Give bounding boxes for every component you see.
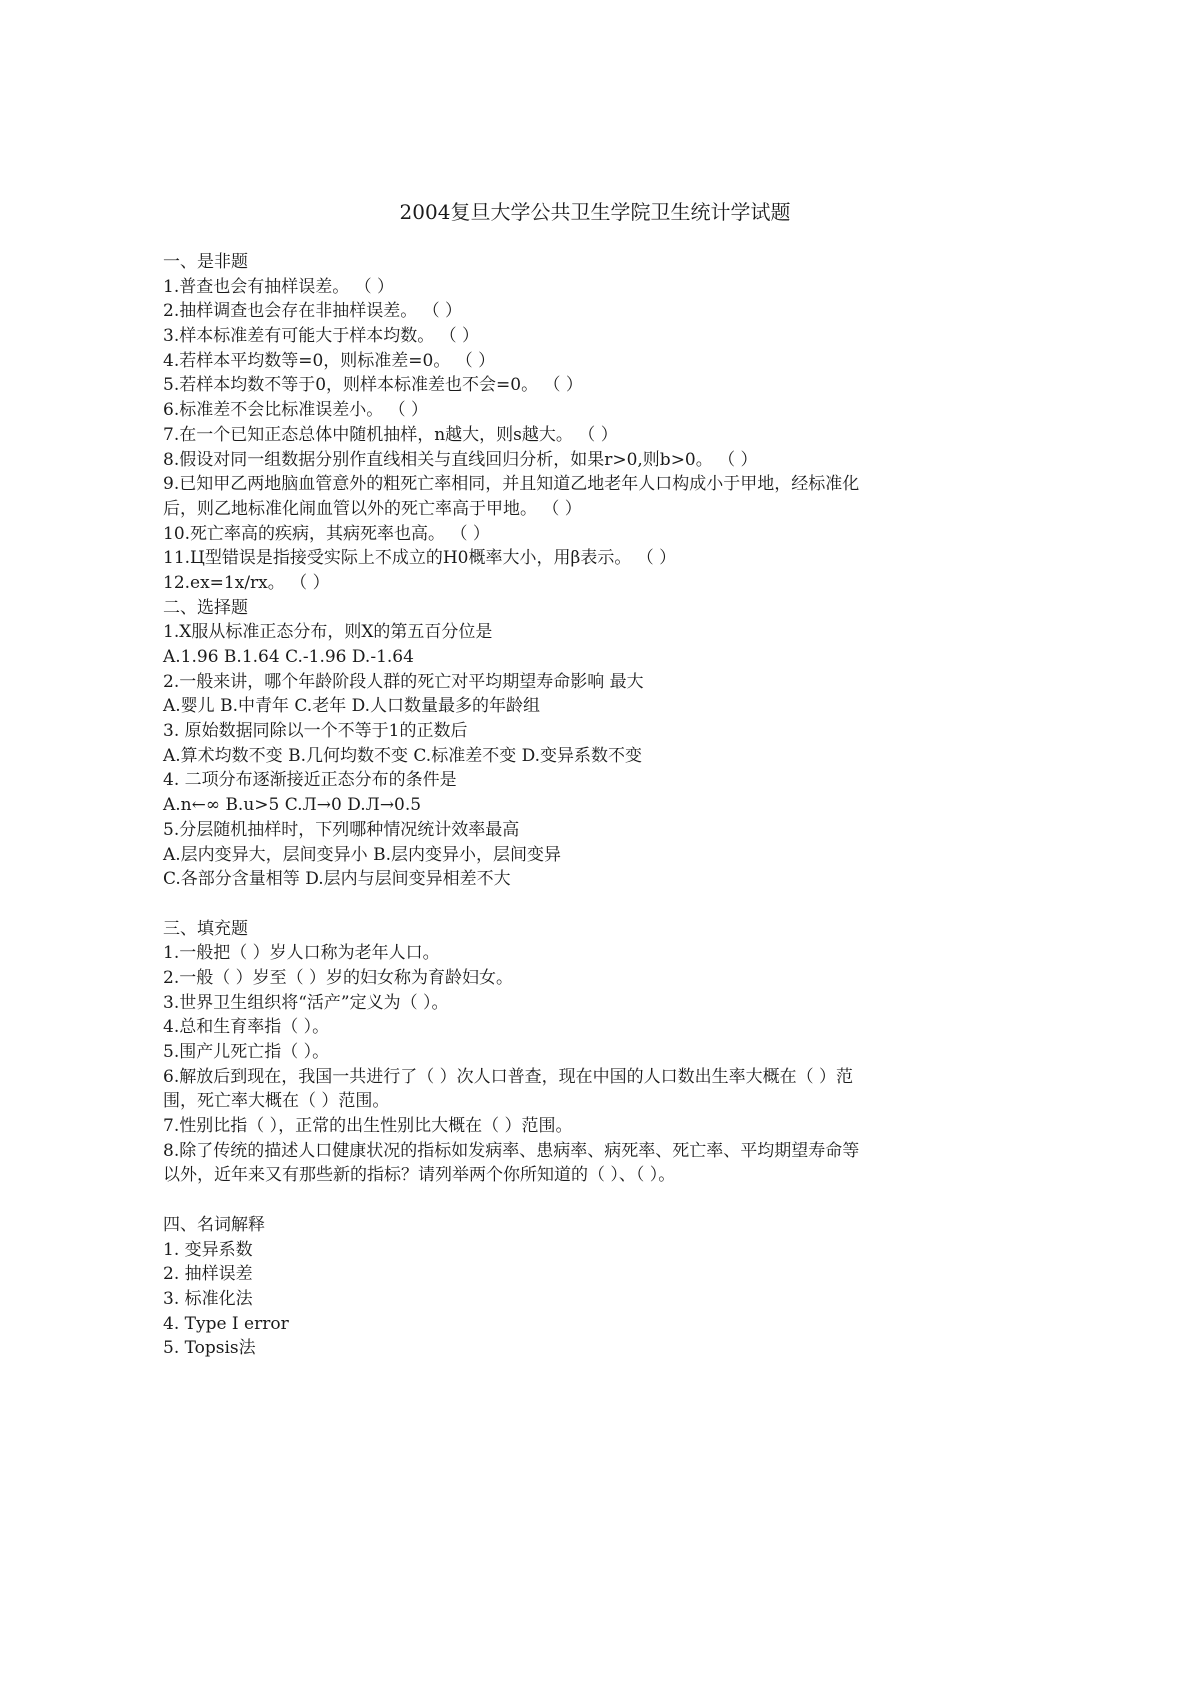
question-line: 1.普查也会有抽样误差。 （ ） (163, 275, 1023, 300)
question-line: 4.总和生育率指（ ）。 (163, 1015, 1023, 1040)
question-line: 2.一般（ ）岁至（ ）岁的妇女称为育龄妇女。 (163, 966, 1023, 991)
question-line: 8.假设对同一组数据分别作直线相关与直线回归分析，如果r>0,则b>0。 （ ） (163, 448, 1023, 473)
section-heading: 一、是非题 (163, 250, 1023, 275)
question-line: 以外，近年来又有那些新的指标？请列举两个你所知道的（ ）、（ ）。 (163, 1163, 1023, 1188)
section-definitions: 四、名词解释 1. 变异系数 2. 抽样误差 3. 标准化法 4. Type I… (163, 1213, 1023, 1361)
term-line: 2. 抽样误差 (163, 1262, 1023, 1287)
question-line: 7.性别比指（ ），正常的出生性别比大概在（ ）范围。 (163, 1114, 1023, 1139)
section-heading: 四、名词解释 (163, 1213, 1023, 1238)
question-line: 4.若样本平均数等=0，则标准差=0。 （ ） (163, 349, 1023, 374)
question-line: 7.在一个已知正态总体中随机抽样，n越大，则s越大。 （ ） (163, 423, 1023, 448)
section-fill-in: 三、填充题 1.一般把（ ）岁人口称为老年人口。 2.一般（ ）岁至（ ）岁的妇… (163, 917, 1023, 1189)
term-line: 4. Type I error (163, 1312, 1023, 1337)
term-line: 1. 变异系数 (163, 1238, 1023, 1263)
question-line: 围，死亡率大概在（ ）范围。 (163, 1089, 1023, 1114)
section-multiple-choice: 二、选择题 1.X服从标准正态分布，则X的第五百分位是 A.1.96 B.1.6… (163, 596, 1023, 892)
options-line: A.算术均数不变 B.几何均数不变 C.标准差不变 D.变异系数不变 (163, 744, 1023, 769)
spacer (163, 1188, 1023, 1213)
spacer (163, 892, 1023, 917)
question-line: 3.世界卫生组织将“活产”定义为（ ）。 (163, 991, 1023, 1016)
section-true-false: 一、是非题 1.普查也会有抽样误差。 （ ） 2.抽样调查也会存在非抽样误差。 … (163, 250, 1023, 596)
question-line: 8.除了传统的描述人口健康状况的指标如发病率、患病率、病死率、死亡率、平均期望寿… (163, 1139, 1023, 1164)
question-line: 5.若样本均数不等于0，则样本标准差也不会=0。 （ ） (163, 373, 1023, 398)
section-heading: 二、选择题 (163, 596, 1023, 621)
options-line: C.各部分含量相等 D.层内与层间变异相差不大 (163, 867, 1023, 892)
question-line: 9.已知甲乙两地脑血管意外的粗死亡率相同，并且知道乙地老年人口构成小于甲地，经标… (163, 472, 1023, 497)
document-title: 2004复旦大学公共卫生学院卫生统计学试题 (0, 198, 1190, 226)
question-line: 5.分层随机抽样时，下列哪种情况统计效率最高 (163, 818, 1023, 843)
question-line: 3. 原始数据同除以一个不等于1的正数后 (163, 719, 1023, 744)
question-line: 5.围产儿死亡指（ ）。 (163, 1040, 1023, 1065)
options-line: A.1.96 B.1.64 C.-1.96 D.-1.64 (163, 645, 1023, 670)
question-line: 6.标准差不会比标准误差小。 （ ） (163, 398, 1023, 423)
question-line: 2.抽样调查也会存在非抽样误差。 （ ） (163, 299, 1023, 324)
question-line: 2.一般来讲，哪个年龄阶段人群的死亡对平均期望寿命影响 最大 (163, 670, 1023, 695)
question-line: 12.ex=1x/rx。 （ ） (163, 571, 1023, 596)
question-line: 4. 二项分布逐渐接近正态分布的条件是 (163, 768, 1023, 793)
question-line: 10.死亡率高的疾病，其病死率也高。 （ ） (163, 522, 1023, 547)
question-line: 6.解放后到现在，我国一共进行了（ ）次人口普查，现在中国的人口数出生率大概在（… (163, 1065, 1023, 1090)
options-line: A.婴儿 B.中青年 C.老年 D.人口数量最多的年龄组 (163, 694, 1023, 719)
options-line: A.n←∞ B.u>5 C.Л→0 D.Л→0.5 (163, 793, 1023, 818)
question-line: 3.样本标准差有可能大于样本均数。 （ ） (163, 324, 1023, 349)
question-line: 1.X服从标准正态分布，则X的第五百分位是 (163, 620, 1023, 645)
question-line: 1.一般把（ ）岁人口称为老年人口。 (163, 941, 1023, 966)
options-line: A.层内变异大，层间变异小 B.层内变异小，层间变异 (163, 843, 1023, 868)
document-body: 一、是非题 1.普查也会有抽样误差。 （ ） 2.抽样调查也会存在非抽样误差。 … (163, 250, 1023, 1361)
term-line: 5. Topsis法 (163, 1336, 1023, 1361)
document-page: 2004复旦大学公共卫生学院卫生统计学试题 一、是非题 1.普查也会有抽样误差。… (0, 0, 1190, 1683)
term-line: 3. 标准化法 (163, 1287, 1023, 1312)
question-line: 11.Ц型错误是指接受实际上不成立的H0概率大小，用β表示。 （ ） (163, 546, 1023, 571)
question-line: 后，则乙地标准化闹血管以外的死亡率高于甲地。 （ ） (163, 497, 1023, 522)
section-heading: 三、填充题 (163, 917, 1023, 942)
